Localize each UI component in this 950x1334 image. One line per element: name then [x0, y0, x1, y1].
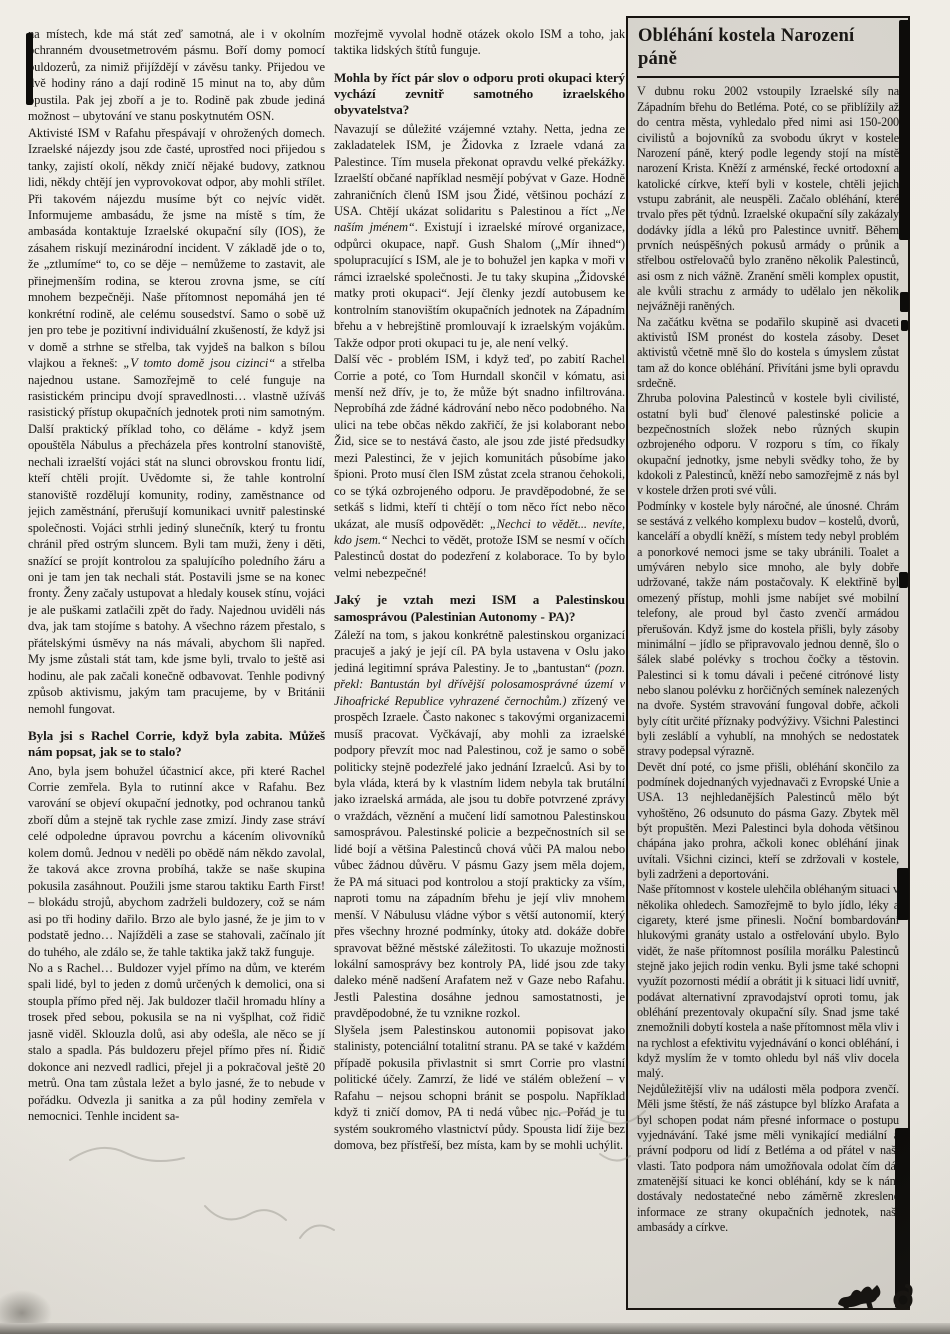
body-paragraph: Aktivisté ISM v Rafahu přespávají v ohro… — [28, 125, 325, 421]
body-paragraph: Ano, byla jsem bohužel účastnicí akce, p… — [28, 763, 325, 960]
body-paragraph: Slyšela jsem Palestinskou autonomii popi… — [334, 1022, 625, 1154]
body-paragraph: Podmínky v kostele byly náročné, ale úno… — [637, 499, 899, 760]
scanned-article-page: na místech, kde má stát zeď samotná, ale… — [0, 0, 950, 1334]
body-paragraph: Další praktický příklad toho, co děláme … — [28, 421, 325, 717]
text-column-2: mozřejmě vyvolal hodně otázek okolo ISM … — [334, 26, 625, 1322]
body-paragraph: Nejdůležitější vliv na události měla pod… — [637, 1082, 899, 1235]
body-paragraph: Navazují se důležité vzájemné vztahy. Ne… — [334, 121, 625, 351]
scan-bottom-edge — [0, 1323, 950, 1334]
question-heading: Byla jsi s Rachel Corrie, když byla zabi… — [28, 728, 325, 761]
body-paragraph: V dubnu roku 2002 vstoupily Izraelské sí… — [637, 84, 899, 314]
sidebar-article-box: Obléhání kostela Narození páně V dubnu r… — [626, 16, 910, 1310]
body-paragraph: Devět dní poté, co jsme přišli, obléhání… — [637, 760, 899, 883]
body-paragraph: Další věc - problém ISM, i když teď, po … — [334, 351, 625, 581]
question-heading: Jaký je vztah mezi ISM a Palestinskou sa… — [334, 592, 625, 625]
body-paragraph: na místech, kde má stát zeď samotná, ale… — [28, 26, 325, 125]
sidebar-article-title: Obléhání kostela Narození páně — [637, 23, 899, 78]
text-column-1: na místech, kde má stát zeď samotná, ale… — [28, 26, 325, 1322]
body-paragraph: mozřejmě vyvolal hodně otázek okolo ISM … — [334, 26, 625, 59]
question-heading: Mohla by říct pár slov o odporu proti ok… — [334, 70, 625, 119]
body-paragraph: No a s Rachel… Buldozer vyjel přímo na d… — [28, 960, 325, 1125]
body-paragraph: Záleží na tom, s jakou konkrétně palesti… — [334, 627, 625, 1022]
body-paragraph: Naše přítomnost v kostele ulehčila obléh… — [637, 882, 899, 1081]
text-column-3: V dubnu roku 2002 vstoupily Izraelské sí… — [637, 84, 899, 1308]
body-paragraph: Na začátku května se podařilo skupině as… — [637, 315, 899, 392]
body-paragraph: Zhruba polovina Palestinců v kostele byl… — [637, 391, 899, 498]
